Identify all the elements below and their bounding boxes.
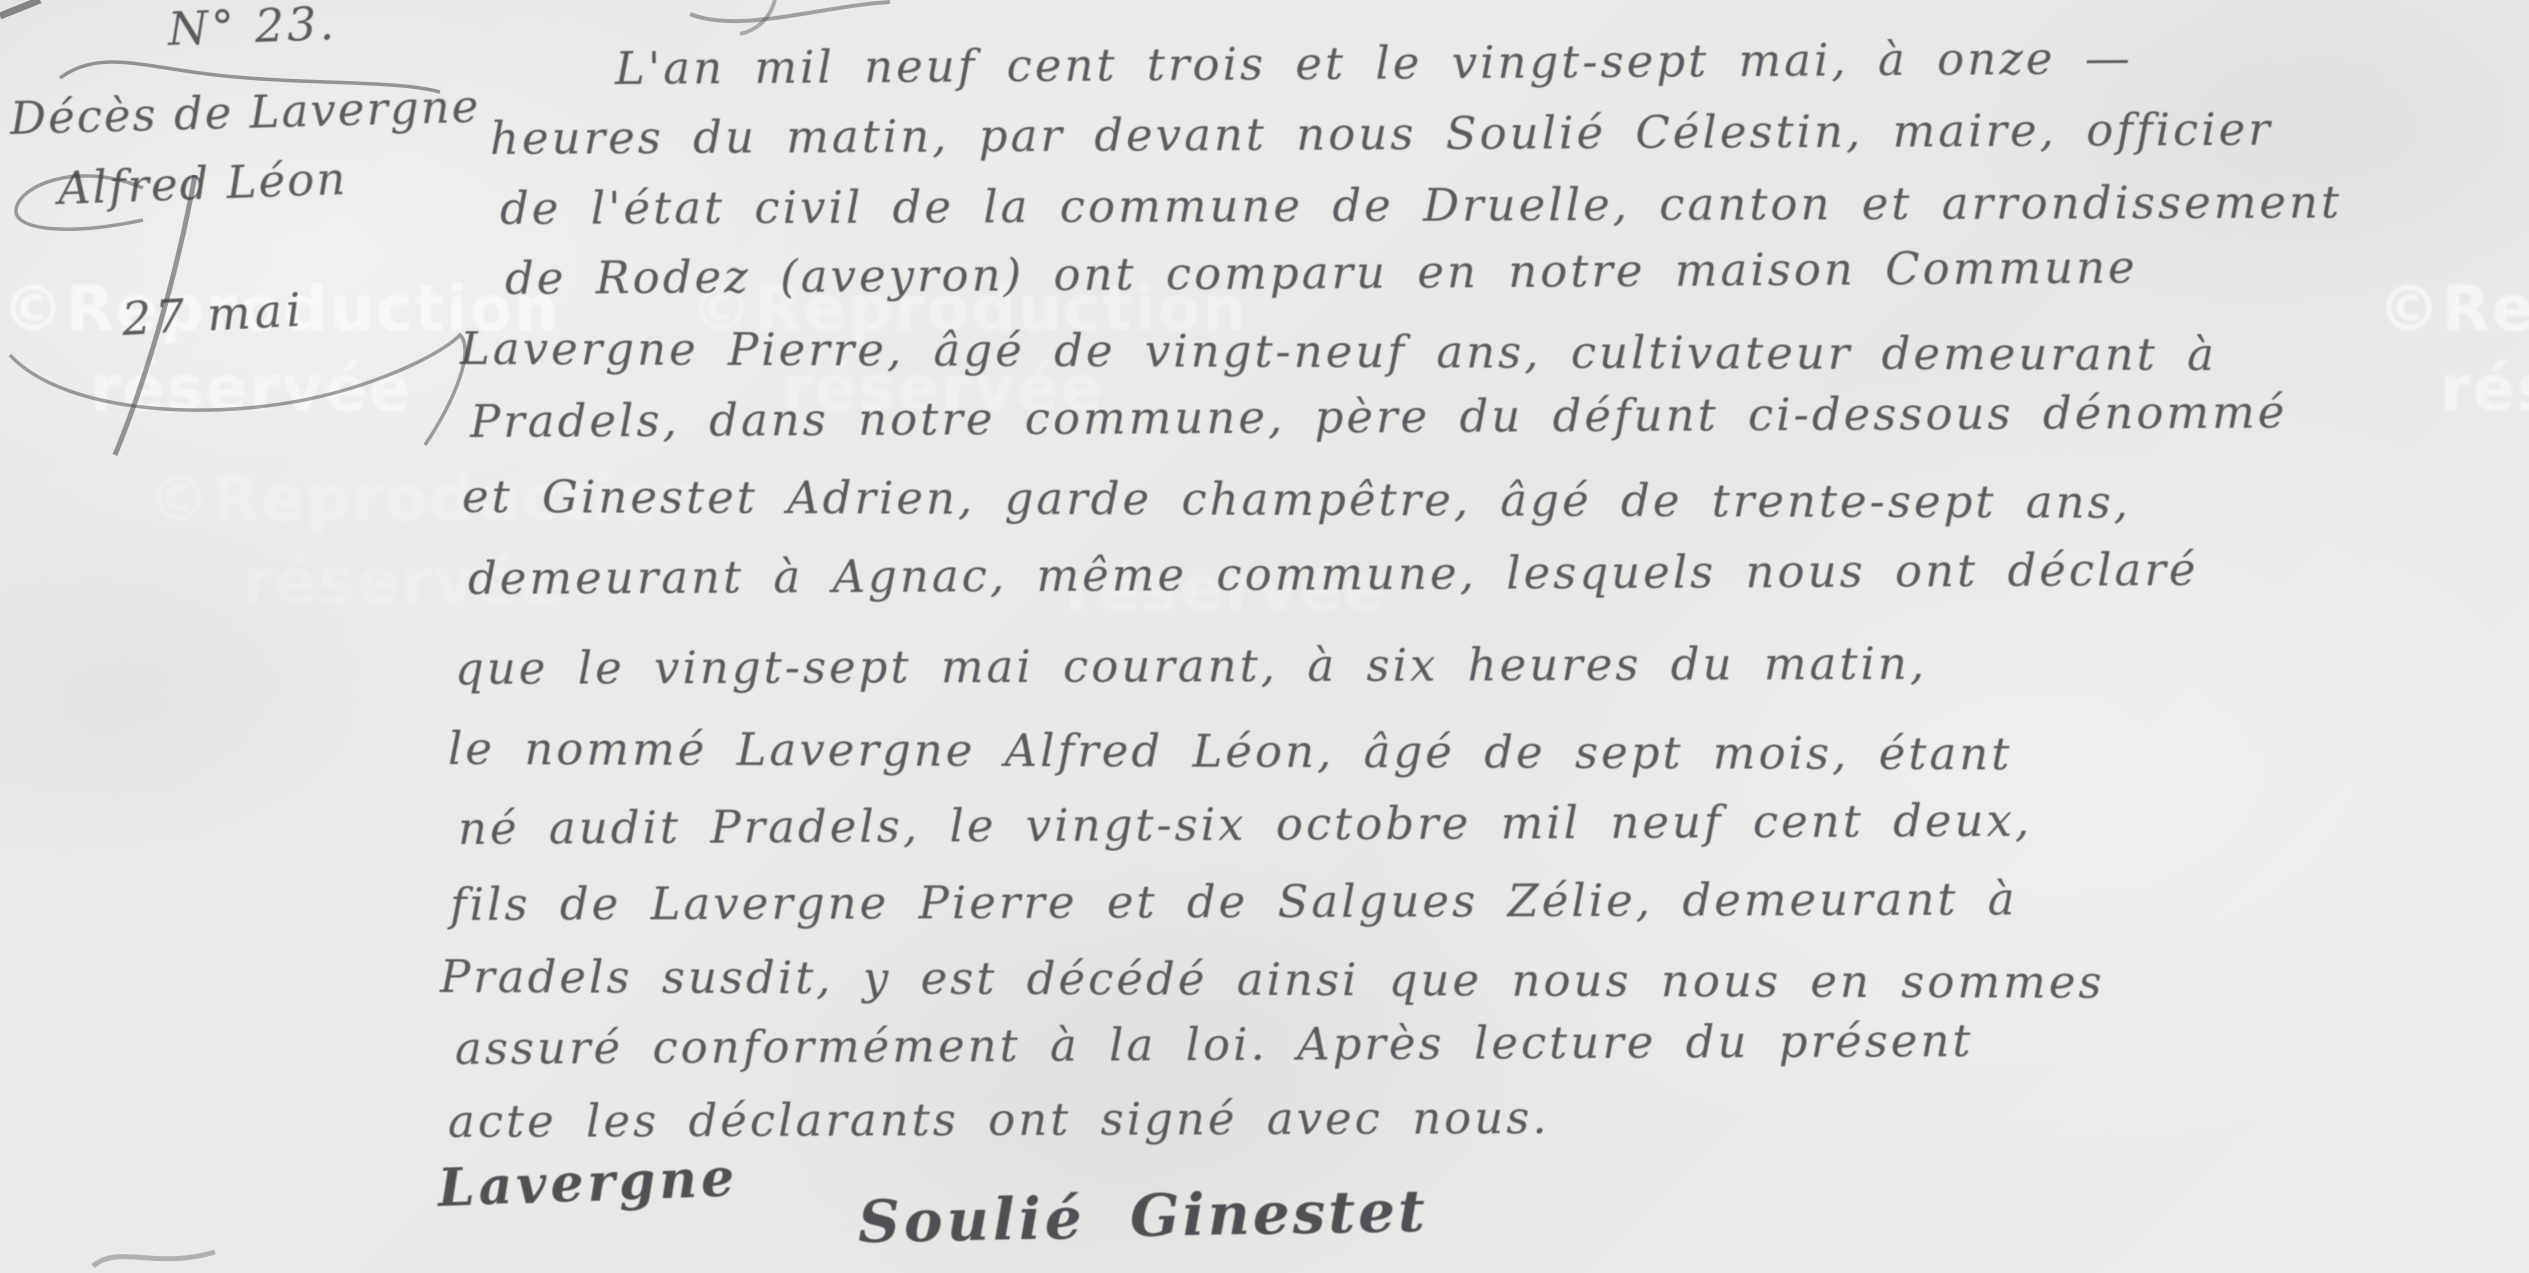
signature-soulie: Soulié bbox=[857, 1184, 1086, 1256]
body-line: Pradels, dans notre commune, père du déf… bbox=[470, 385, 2288, 448]
cutoff-stroke-top bbox=[680, 0, 900, 45]
stray-mark-bottom-left bbox=[85, 1240, 225, 1273]
body-line: acte les déclarants ont signé avec nous. bbox=[448, 1091, 1550, 1148]
flourish-under-date bbox=[5, 330, 485, 450]
margin-title-line2: Alfred Léon bbox=[57, 152, 348, 215]
body-line: que le vingt-sept mai courant, à six heu… bbox=[455, 637, 1927, 695]
watermark-reservee: réservée bbox=[2440, 352, 2529, 425]
body-line: heures du matin, par devant nous Soulié … bbox=[490, 103, 2273, 165]
watermark-reservee: réservée bbox=[90, 352, 413, 425]
signature-lavergne: Lavergne bbox=[437, 1148, 739, 1219]
body-line: de Rodez (aveyron) ont comparu en notre … bbox=[505, 241, 2138, 305]
body-line: de l'état civil de la commune de Druelle… bbox=[500, 176, 2342, 235]
body-line: demeurant à Agnac, même commune, lesquel… bbox=[468, 543, 2199, 605]
body-line: fils de Lavergne Pierre et de Salgues Zé… bbox=[450, 873, 2018, 931]
body-line: et Ginestet Adrien, garde champêtre, âgé… bbox=[462, 470, 2131, 529]
body-line: né audit Pradels, le vingt-six octobre m… bbox=[458, 794, 2032, 855]
scanned-death-record-page: ©Reproduction réservée ©Reproduction rés… bbox=[0, 0, 2529, 1273]
corner-crease-mark bbox=[0, 0, 60, 30]
signature-ginestet: Ginestet bbox=[1129, 1177, 1428, 1250]
body-line: Pradels susdit, y est décédé ainsi que n… bbox=[440, 950, 2105, 1009]
body-line: assuré conformément à la loi. Après lect… bbox=[455, 1014, 1974, 1075]
act-number: N° 23. bbox=[167, 0, 338, 56]
body-line: Lavergne Pierre, âgé de vingt-neuf ans, … bbox=[460, 322, 2217, 381]
body-line: L'an mil neuf cent trois et le vingt-sep… bbox=[615, 31, 2133, 95]
margin-title-line1: Décès de Lavergne bbox=[9, 80, 481, 145]
watermark-reproduction: ©Reproduction bbox=[2378, 272, 2529, 345]
margin-date-note: 27 mai bbox=[121, 282, 306, 345]
body-line: le nommé Lavergne Alfred Léon, âgé de se… bbox=[448, 722, 2013, 780]
